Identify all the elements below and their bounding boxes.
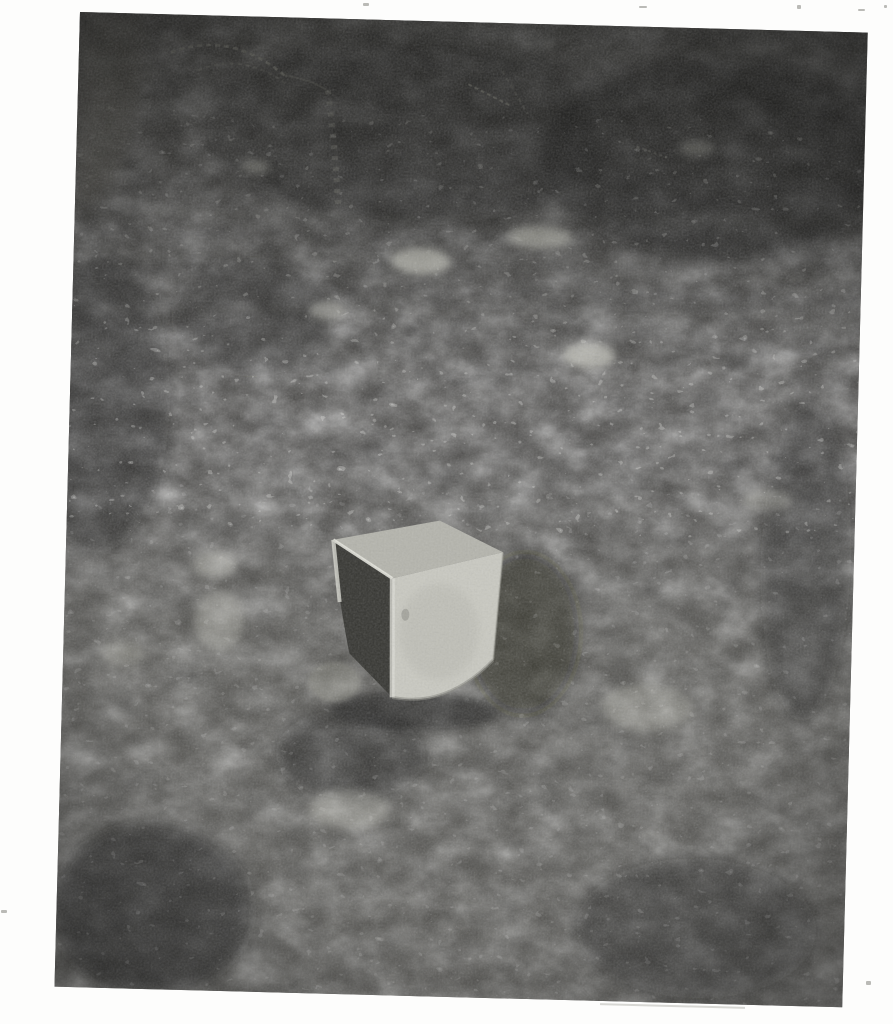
scan-speck: [797, 5, 801, 9]
scan-speck: [363, 3, 369, 6]
scan-speck: [1, 910, 7, 913]
photo-canvas: [54, 12, 867, 1007]
scan-speck: [866, 981, 871, 985]
scan-speck: [858, 9, 865, 11]
vignette: [54, 12, 867, 1007]
forest-floor-photograph: [54, 12, 867, 1007]
scan-page: [0, 0, 893, 1024]
scan-speck: [884, 5, 887, 8]
scan-speck: [639, 6, 647, 8]
